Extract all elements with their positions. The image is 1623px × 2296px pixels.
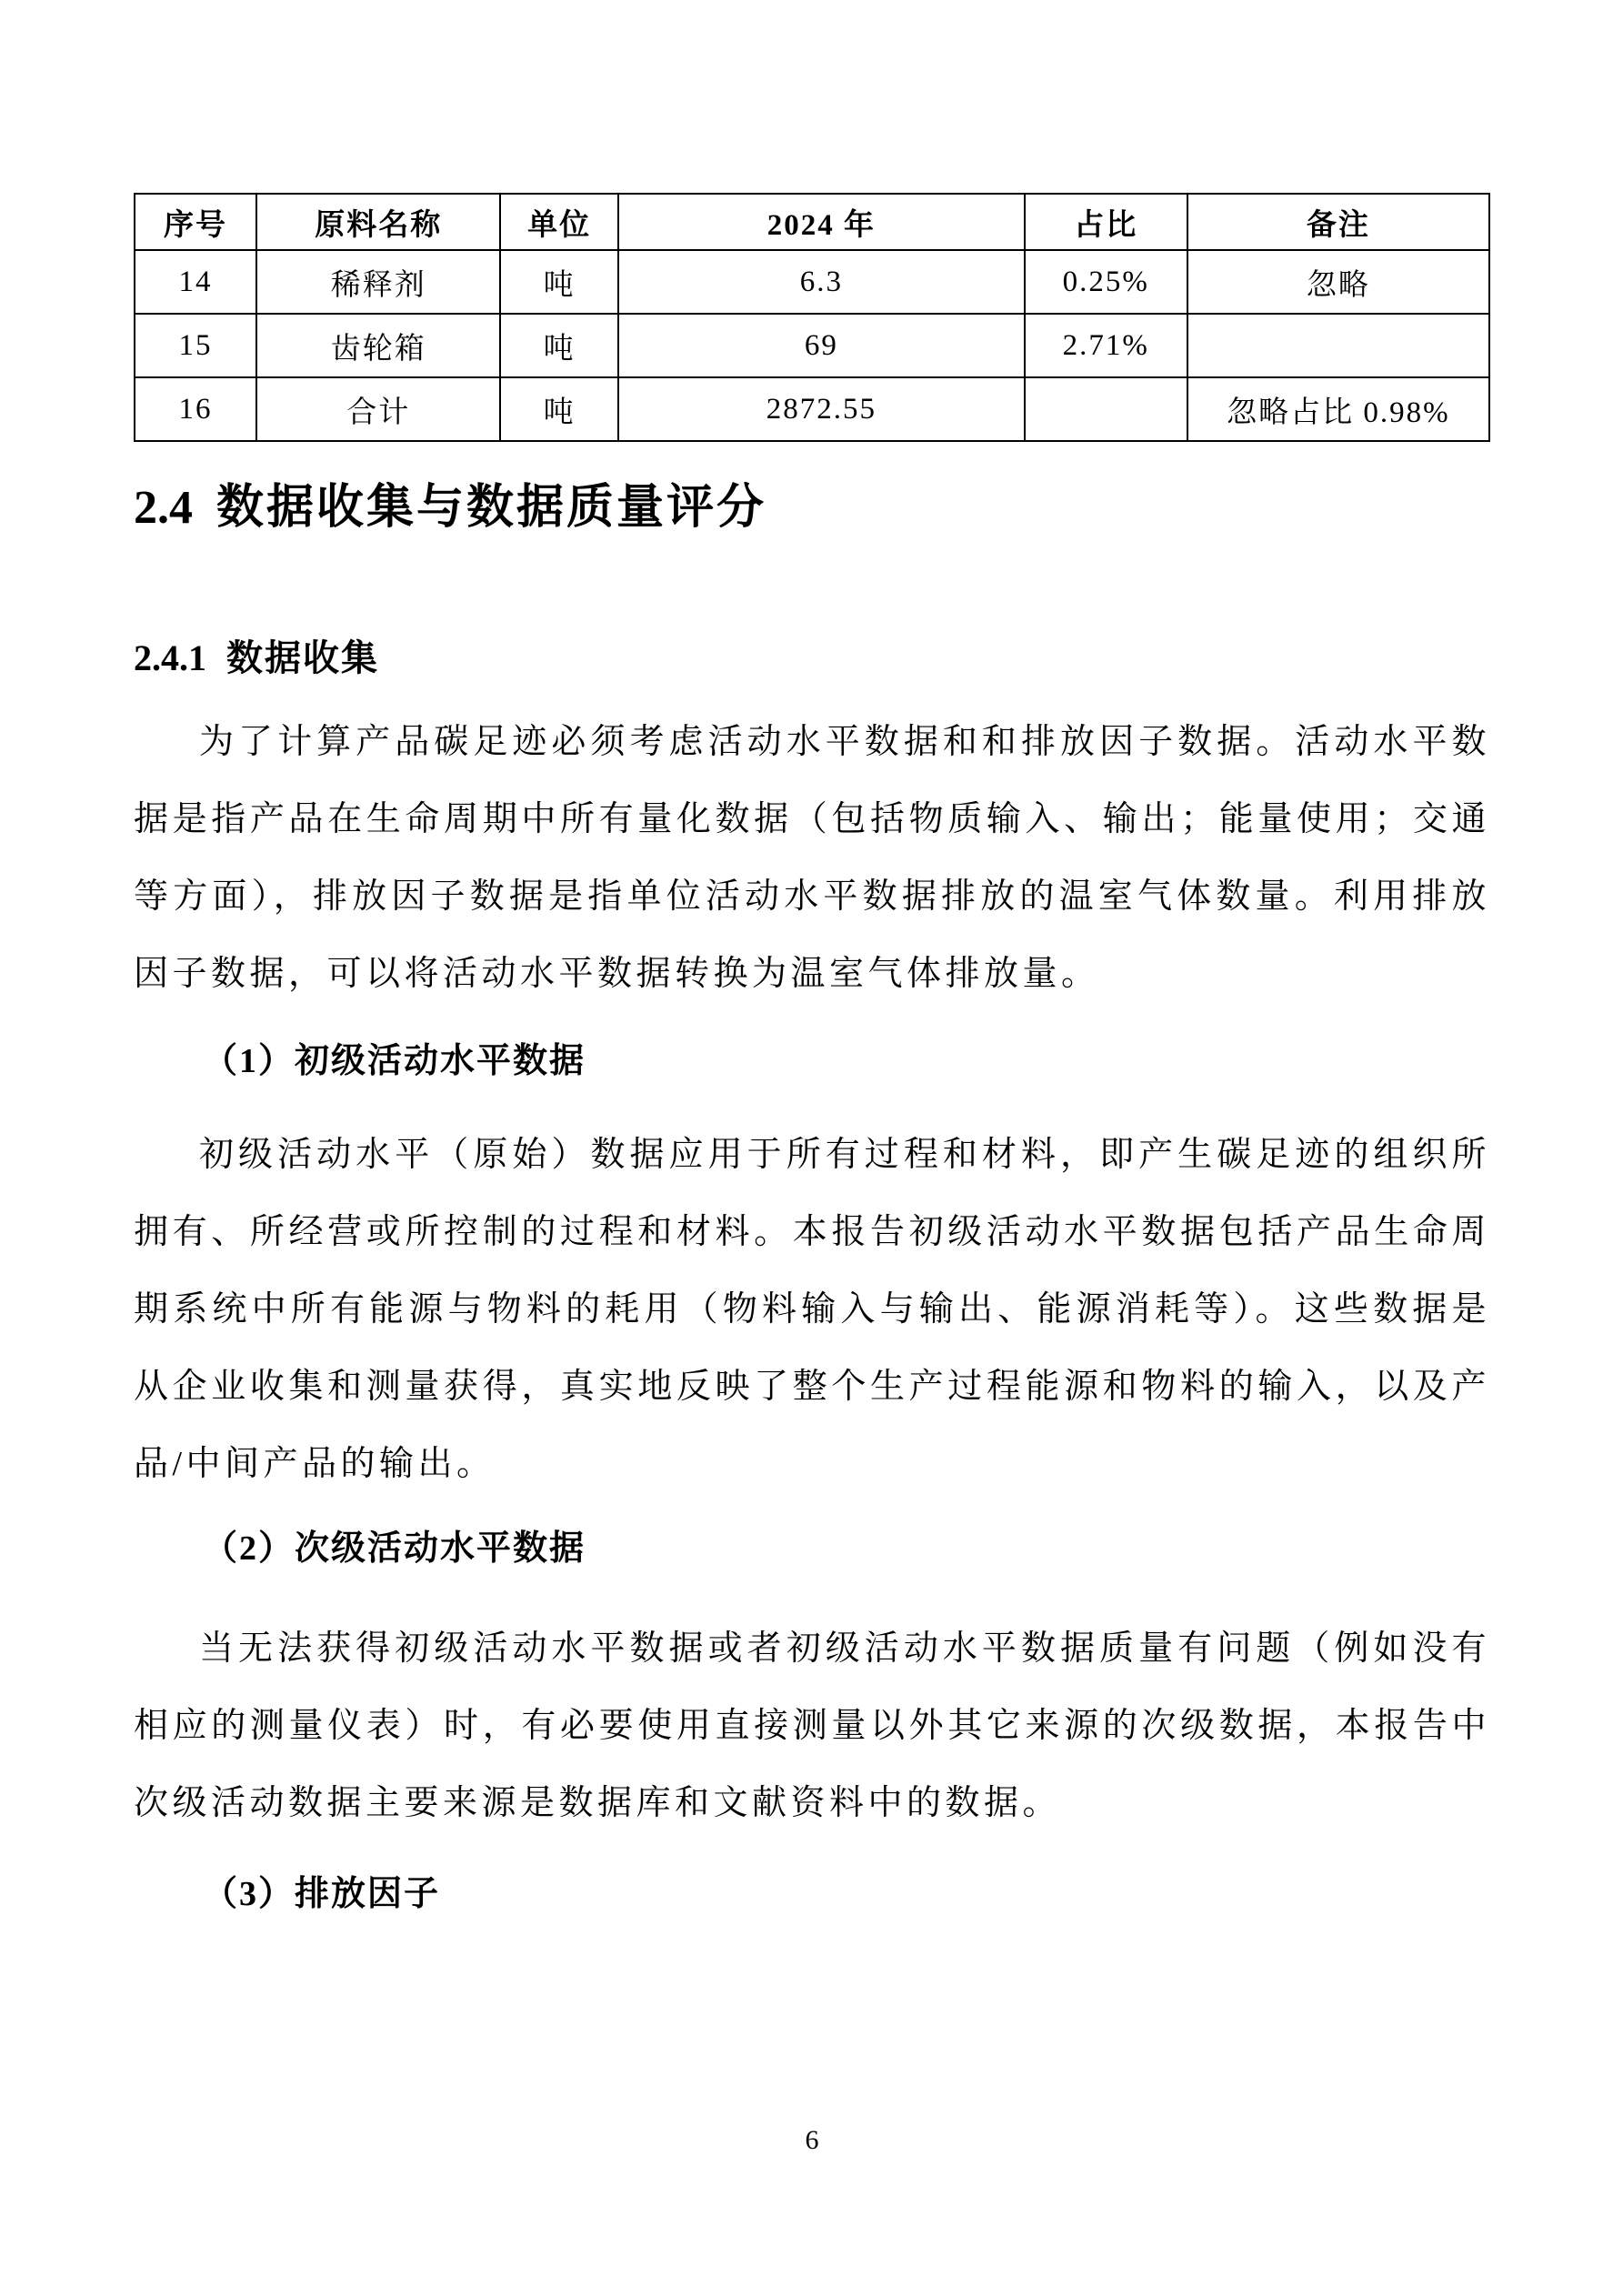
section-title: 数据收集 <box>226 637 379 678</box>
col-header-share: 占比 <box>1025 194 1187 250</box>
cell-index: 15 <box>135 314 256 377</box>
document-page: 序号 原料名称 单位 2024 年 占比 备注 14 稀释剂 吨 6.3 0.2… <box>0 0 1623 2296</box>
col-header-material: 原料名称 <box>256 194 500 250</box>
subheading-primary-activity-data: （1）初级活动水平数据 <box>134 1038 1490 1084</box>
cell-share: 0.25% <box>1025 250 1187 314</box>
cell-unit: 吨 <box>500 314 618 377</box>
cell-material: 合计 <box>256 377 500 441</box>
cell-year-value: 2872.55 <box>618 377 1025 441</box>
paragraph-secondary-activity-data: 当无法获得初级活动水平数据或者初级活动水平数据质量有问题（例如没有相应的测量仪表… <box>134 1610 1490 1842</box>
cell-year-value: 69 <box>618 314 1025 377</box>
subheading-emission-factor: （3）排放因子 <box>134 1871 1490 1917</box>
table-row: 16 合计 吨 2872.55 忽略占比 0.98% <box>135 377 1489 441</box>
cell-share <box>1025 377 1187 441</box>
section-heading-2-4: 2.4数据收集与数据质量评分 <box>134 480 1490 536</box>
cell-remark <box>1187 314 1489 377</box>
cell-share: 2.71% <box>1025 314 1187 377</box>
materials-table: 序号 原料名称 单位 2024 年 占比 备注 14 稀释剂 吨 6.3 0.2… <box>134 193 1490 442</box>
col-header-unit: 单位 <box>500 194 618 250</box>
paragraph-activity-data-intro: 为了计算产品碳足迹必须考虑活动水平数据和和排放因子数据。活动水平数据是指产品在生… <box>134 704 1490 1013</box>
section-heading-2-4-1: 2.4.1数据收集 <box>134 633 1490 684</box>
cell-material: 齿轮箱 <box>256 314 500 377</box>
cell-remark: 忽略占比 0.98% <box>1187 377 1489 441</box>
cell-material: 稀释剂 <box>256 250 500 314</box>
cell-index: 14 <box>135 250 256 314</box>
col-header-year: 2024 年 <box>618 194 1025 250</box>
page-number: 6 <box>134 2122 1490 2159</box>
section-number: 2.4.1 <box>134 637 206 678</box>
col-header-remark: 备注 <box>1187 194 1489 250</box>
section-title: 数据收集与数据质量评分 <box>216 482 766 534</box>
section-number: 2.4 <box>134 482 193 534</box>
cell-unit: 吨 <box>500 250 618 314</box>
cell-year-value: 6.3 <box>618 250 1025 314</box>
col-header-index: 序号 <box>135 194 256 250</box>
cell-unit: 吨 <box>500 377 618 441</box>
paragraph-primary-activity-data: 初级活动水平（原始）数据应用于所有过程和材料，即产生碳足迹的组织所拥有、所经营或… <box>134 1117 1490 1503</box>
cell-index: 16 <box>135 377 256 441</box>
subheading-secondary-activity-data: （2）次级活动水平数据 <box>134 1526 1490 1571</box>
table-row: 15 齿轮箱 吨 69 2.71% <box>135 314 1489 377</box>
cell-remark: 忽略 <box>1187 250 1489 314</box>
table-row: 14 稀释剂 吨 6.3 0.25% 忽略 <box>135 250 1489 314</box>
table-header-row: 序号 原料名称 单位 2024 年 占比 备注 <box>135 194 1489 250</box>
